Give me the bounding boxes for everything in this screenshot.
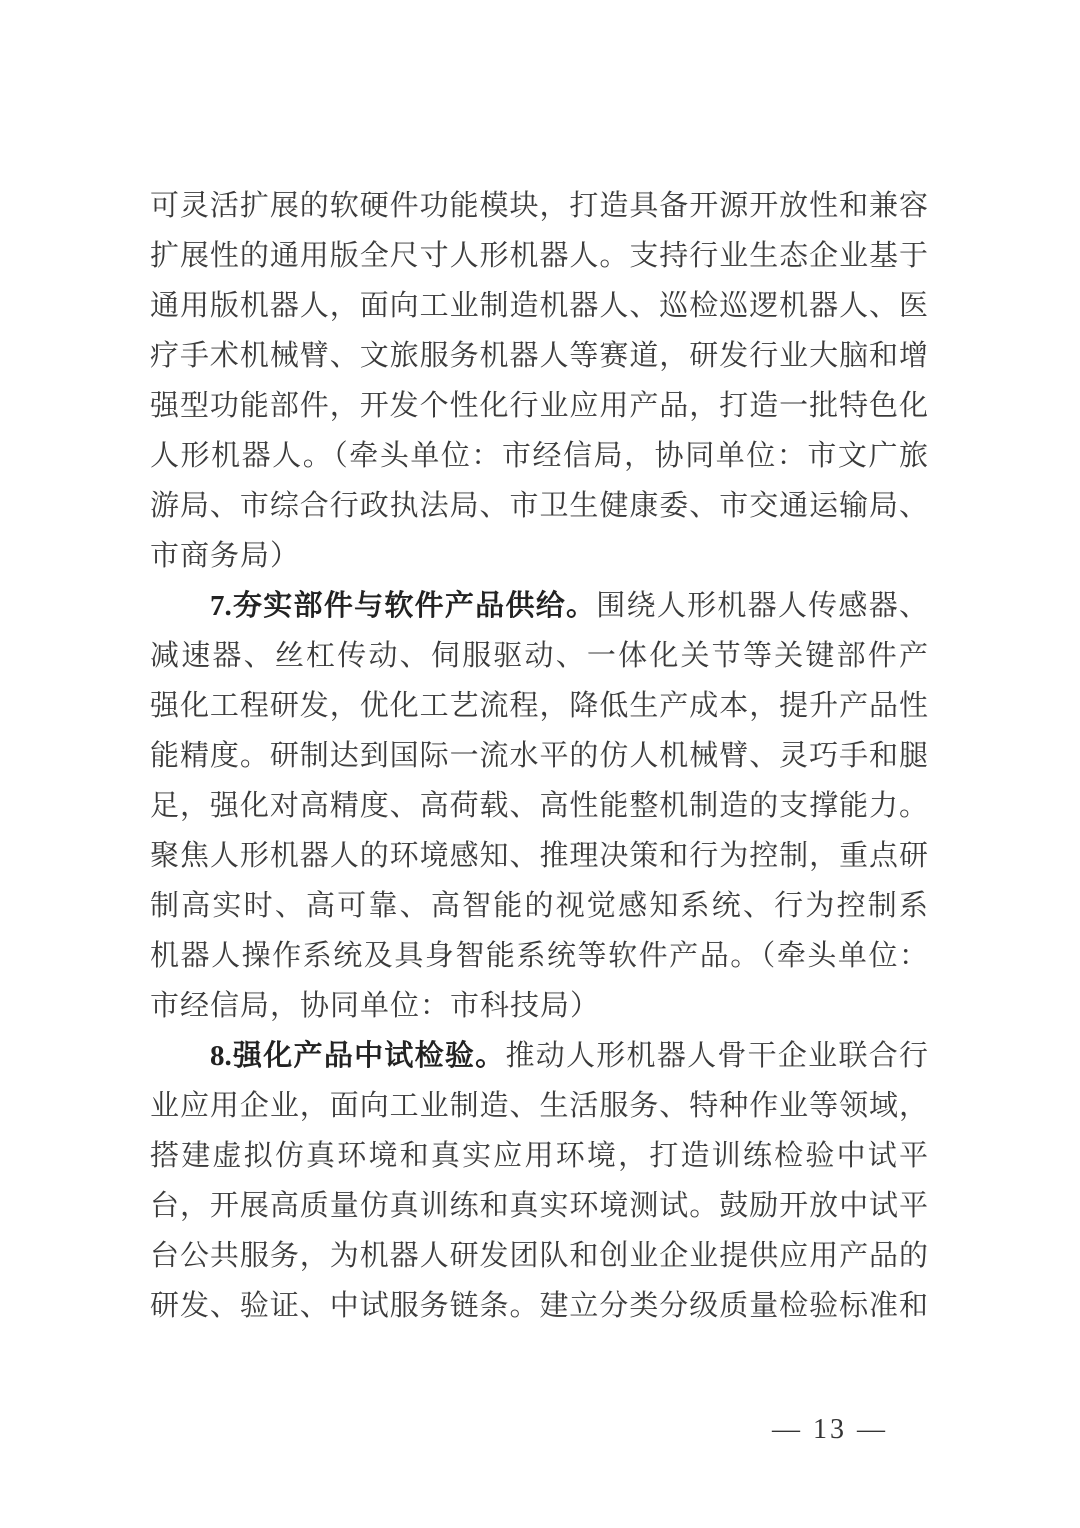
text-line: 搭建虚拟仿真环境和真实应用环境，打造训练检验中试平 [150, 1131, 928, 1181]
text-line: 强型功能部件，开发个性化行业应用产品，打造一批特色化 [150, 381, 928, 431]
text-line-paragraph-end: 市商务局） [150, 531, 928, 581]
text-line-section-8: 8.强化产品中试检验。推动人形机器人骨干企业联合行 [150, 1031, 928, 1081]
text-line: 通用版机器人，面向工业制造机器人、巡检巡逻机器人、医 [150, 281, 928, 331]
text-line-paragraph-end: 市经信局，协同单位：市科技局） [150, 981, 928, 1031]
body-text: 可灵活扩展的软硬件功能模块，打造具备开源开放性和兼容 扩展性的通用版全尺寸人形机… [150, 181, 928, 1331]
text-line: 游局、市综合行政执法局、市卫生健康委、市交通运输局、 [150, 481, 928, 531]
text-line: 可灵活扩展的软硬件功能模块，打造具备开源开放性和兼容 [150, 181, 928, 231]
section-8-body-start: 推动人形机器人骨干企业联合行 [505, 1040, 928, 1072]
page-number: — 13 — [772, 1413, 888, 1447]
text-line: 台公共服务，为机器人研发团队和创业企业提供应用产品的 [150, 1231, 928, 1281]
text-line: 业应用企业，面向工业制造、生活服务、特种作业等领域， [150, 1081, 928, 1131]
text-line: 足，强化对高精度、高荷载、高性能整机制造的支撑能力。 [150, 781, 928, 831]
text-line: 人形机器人。（牵头单位：市经信局，协同单位：市文广旅 [150, 431, 928, 481]
text-line: 强化工程研发，优化工艺流程，降低生产成本，提升产品性 [150, 681, 928, 731]
section-7-heading: 7.夯实部件与软件产品供给。 [210, 590, 596, 622]
text-line: 扩展性的通用版全尺寸人形机器人。支持行业生态企业基于 [150, 231, 928, 281]
text-line: 疗手术机械臂、文旅服务机器人等赛道，研发行业大脑和增 [150, 331, 928, 381]
text-line: 减速器、丝杠传动、伺服驱动、一体化关节等关键部件产品， [150, 631, 928, 681]
section-8-heading: 8.强化产品中试检验。 [210, 1040, 505, 1072]
section-7-body-start: 围绕人形机器人传感器、 [596, 590, 928, 622]
text-line: 台，开展高质量仿真训练和真实环境测试。鼓励开放中试平 [150, 1181, 928, 1231]
text-line: 聚焦人形机器人的环境感知、推理决策和行为控制，重点研 [150, 831, 928, 881]
text-line: 能精度。研制达到国际一流水平的仿人机械臂、灵巧手和腿 [150, 731, 928, 781]
text-line: 研发、验证、中试服务链条。建立分类分级质量检验标准和 [150, 1281, 928, 1331]
document-page: 可灵活扩展的软硬件功能模块，打造具备开源开放性和兼容 扩展性的通用版全尺寸人形机… [0, 0, 1080, 1528]
text-line: 制高实时、高可靠、高智能的视觉感知系统、行为控制系统、 [150, 881, 928, 931]
text-line: 机器人操作系统及具身智能系统等软件产品。（牵头单位： [150, 931, 928, 981]
text-line-section-7: 7.夯实部件与软件产品供给。围绕人形机器人传感器、 [150, 581, 928, 631]
